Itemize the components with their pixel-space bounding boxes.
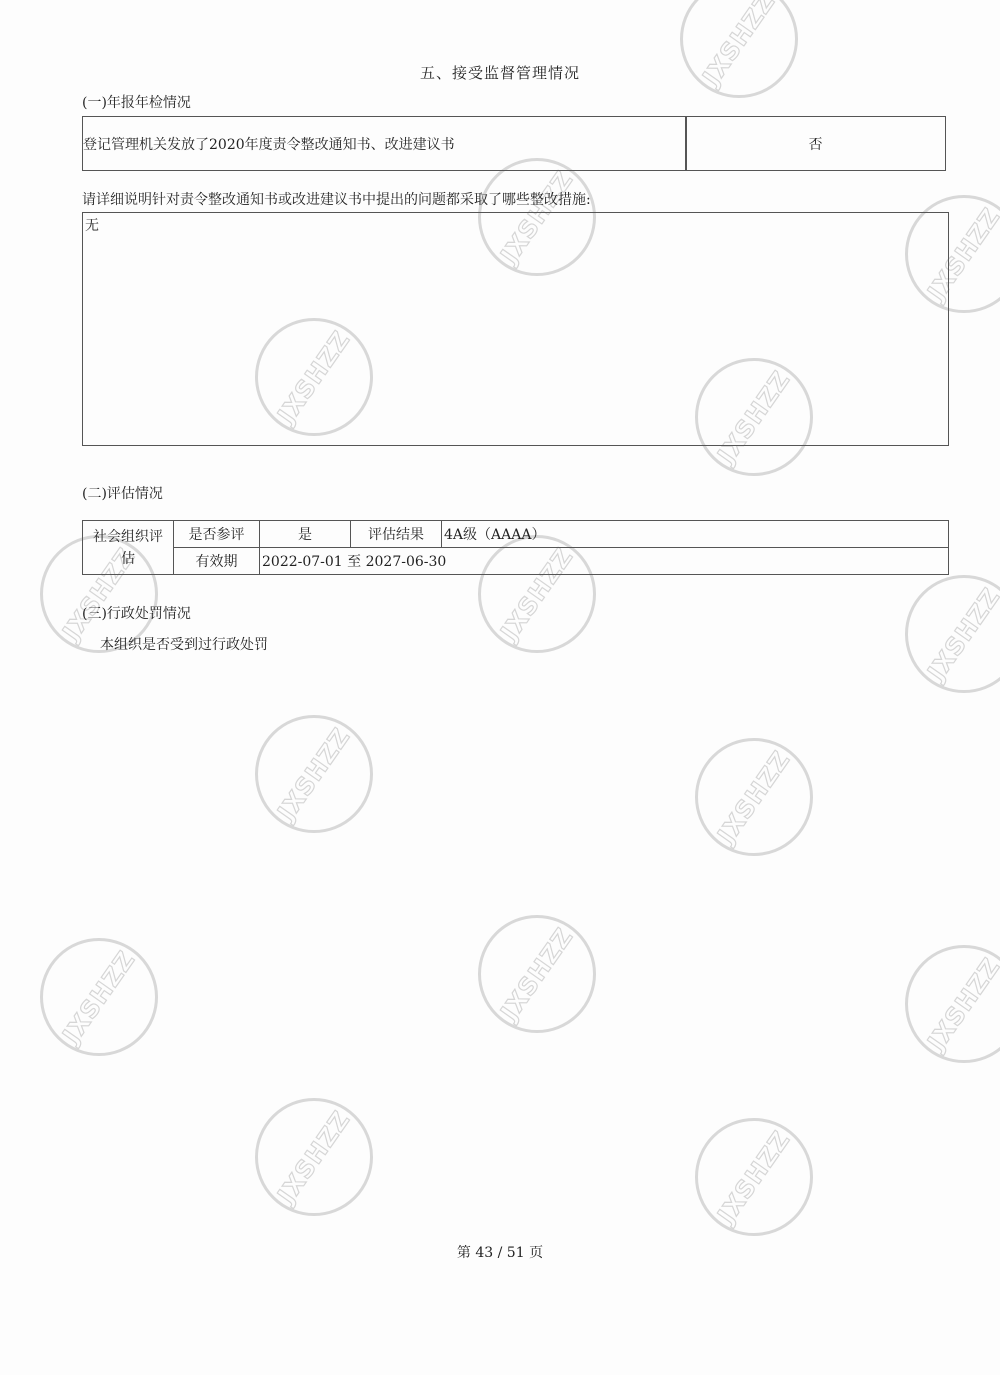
- measures-value: 无: [85, 215, 99, 235]
- evaluation-table: 社会组织评估 是否参评 是 评估结果 4A级（AAAA） 有效期 2022-07…: [82, 520, 949, 575]
- penalty-heading: (三)行政处罚情况: [82, 603, 191, 623]
- annual-report-answer: 否: [686, 134, 945, 154]
- penalty-question: 本组织是否受到过行政处罚: [100, 634, 268, 654]
- watermark-stamp: JXSHZZ: [695, 738, 813, 856]
- table-row: 有效期 2022-07-01 至 2027-06-30: [83, 548, 949, 575]
- page-number: 第 43 / 51 页: [0, 1242, 1000, 1262]
- validity-label: 有效期: [174, 548, 260, 575]
- watermark-stamp: JXSHZZ: [695, 1118, 813, 1236]
- result-value: 4A级（AAAA）: [442, 521, 949, 548]
- watermark-stamp: JXSHZZ: [40, 938, 158, 1056]
- participated-label: 是否参评: [174, 521, 260, 548]
- watermark-stamp: JXSHZZ: [255, 715, 373, 833]
- measures-prompt: 请详细说明针对责令整改通知书或改进建议书中提出的问题都采取了哪些整改措施:: [82, 189, 591, 209]
- annual-report-question-cell: 登记管理机关发放了2020年度责令整改通知书、改进建议书: [82, 116, 687, 171]
- evaluation-row-header: 社会组织评估: [83, 521, 174, 575]
- participated-value: 是: [260, 521, 351, 548]
- watermark-stamp: JXSHZZ: [680, 0, 798, 98]
- page-title: 五、接受监督管理情况: [0, 62, 1000, 83]
- table-row: 社会组织评估 是否参评 是 评估结果 4A级（AAAA）: [83, 521, 949, 548]
- annual-report-heading: (一)年报年检情况: [82, 92, 191, 112]
- evaluation-heading: (二)评估情况: [82, 483, 163, 503]
- annual-report-answer-cell: 否: [685, 116, 946, 171]
- annual-report-question: 登记管理机关发放了2020年度责令整改通知书、改进建议书: [83, 134, 455, 154]
- validity-value: 2022-07-01 至 2027-06-30: [260, 548, 949, 575]
- watermark-stamp: JXSHZZ: [905, 575, 1000, 693]
- result-label: 评估结果: [351, 521, 442, 548]
- watermark-stamp: JXSHZZ: [255, 1098, 373, 1216]
- watermark-stamp: JXSHZZ: [905, 945, 1000, 1063]
- watermark-stamp: JXSHZZ: [478, 915, 596, 1033]
- measures-textbox: 无: [82, 212, 949, 446]
